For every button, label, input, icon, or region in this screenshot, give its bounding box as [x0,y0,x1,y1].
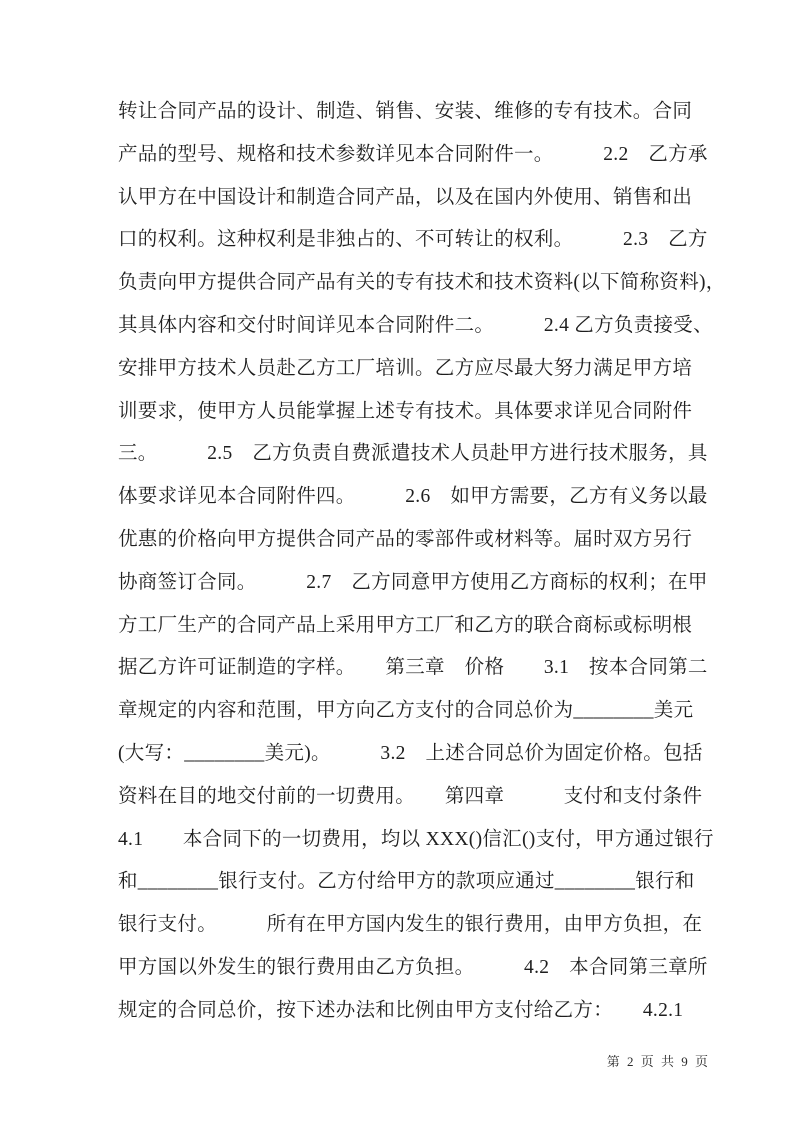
text-line: 认甲方在中国设计和制造合同产品，以及在国内外使用、销售和出 [118,177,718,220]
text-line: 优惠的价格向甲方提供合同产品的零部件或材料等。届时双方另行 [118,519,718,562]
text-line: 安排甲方技术人员赴乙方工厂培训。乙方应尽最大努力满足甲方培 [118,348,718,391]
text-line: 4.1 本合同下的一切费用，均以 XXX()信汇()支付，甲方通过银行 [118,819,718,862]
text-line: 资料在目的地交付前的一切费用。 第四章 支付和支付条件 [118,776,718,819]
text-line: 训要求，使甲方人员能掌握上述专有技术。具体要求详见合同附件 [118,391,718,434]
document-body: 转让合同产品的设计、制造、销售、安装、维修的专有技术。合同 产品的型号、规格和技… [118,91,718,1033]
text-line: 据乙方许可证制造的字样。 第三章 价格 3.1 按本合同第二 [118,647,718,690]
text-line: 口的权利。这种权利是非独占的、不可转让的权利。 2.3 乙方 [118,219,718,262]
text-line: 协商签订合同。 2.7 乙方同意甲方使用乙方商标的权利；在甲 [118,562,718,605]
text-line: 其具体内容和交付时间详见本合同附件二。 2.4 乙方负责接受、 [118,305,718,348]
text-line: 银行支付。 所有在甲方国内发生的银行费用，由甲方负担，在 [118,904,718,947]
text-line: 负责向甲方提供合同产品有关的专有技术和技术资料(以下简称资料)， [118,262,718,305]
text-line: 转让合同产品的设计、制造、销售、安装、维修的专有技术。合同 [118,91,718,134]
text-line: 章规定的内容和范围，甲方向乙方支付的合同总价为________美元 [118,690,718,733]
text-line: 体要求详见本合同附件四。 2.6 如甲方需要，乙方有义务以最 [118,476,718,519]
page-footer: 第 2 页 共 9 页 [607,1051,710,1070]
document-page: 转让合同产品的设计、制造、销售、安装、维修的专有技术。合同 产品的型号、规格和技… [0,0,800,1132]
text-line: (大写：________美元)。 3.2 上述合同总价为固定价格。包括 [118,733,718,776]
text-line: 三。 2.5 乙方负责自费派遣技术人员赴甲方进行技术服务，具 [118,433,718,476]
text-line: 和________银行支付。乙方付给甲方的款项应通过________银行和 [118,861,718,904]
text-line: 甲方国以外发生的银行费用由乙方负担。 4.2 本合同第三章所 [118,947,718,990]
text-line: 规定的合同总价，按下述办法和比例由甲方支付给乙方： 4.2.1 [118,990,718,1033]
text-line: 方工厂生产的合同产品上采用甲方工厂和乙方的联合商标或标明根 [118,605,718,648]
text-line: 产品的型号、规格和技术参数详见本合同附件一。 2.2 乙方承 [118,134,718,177]
